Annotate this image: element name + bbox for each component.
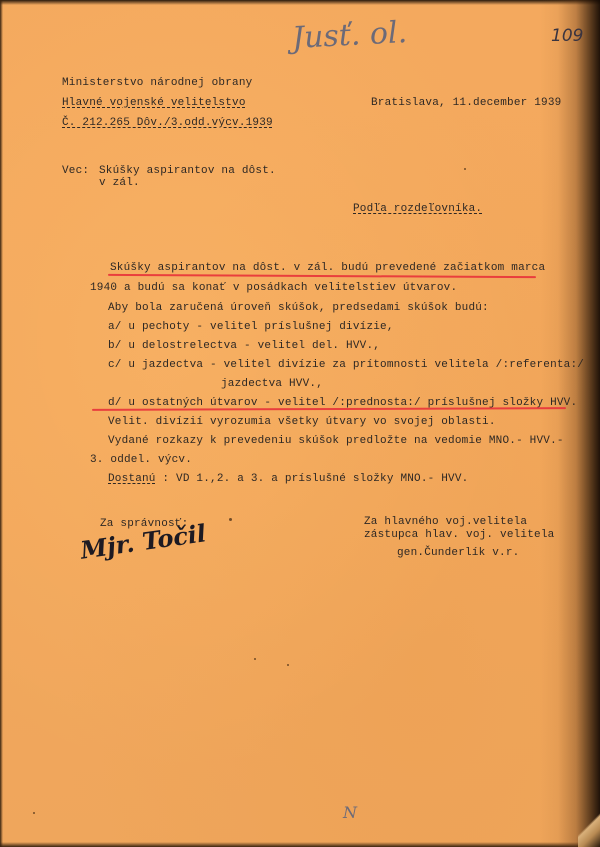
- red-underline-2: [92, 407, 566, 411]
- body-line-6: c/ u jazdectva - velitel divízie za prít…: [108, 359, 584, 372]
- reference-number: Č. 212.265 Dôv./3.odd.výcv.1939: [62, 117, 273, 130]
- paper-speck: [229, 518, 232, 521]
- body-line-7: jazdectva HVV.,: [221, 378, 323, 391]
- binding-shadow: [540, 0, 600, 847]
- distribution-note: Podľa rozdeľovníka.: [353, 203, 482, 216]
- paper-speck: [254, 658, 256, 660]
- subject-label: Vec:: [62, 165, 89, 178]
- page-number: 109: [551, 26, 583, 46]
- body-line-1: Skúšky aspirantov na dôst. v zál. budú p…: [110, 262, 545, 275]
- signature-right-line-3: gen.Čunderlík v.r.: [397, 547, 519, 560]
- paper-speck: [287, 664, 289, 666]
- handwritten-top-note: Jusť. ol.: [291, 15, 408, 56]
- body-line-10: Vydané rozkazy k prevedeniu skúšok predl…: [108, 435, 564, 448]
- handwritten-bottom-mark: N: [343, 803, 357, 822]
- body-line-2: 1940 a budú sa konať v posádkach velitel…: [90, 282, 457, 295]
- ministry-name: Ministerstvo národnej obrany: [62, 77, 252, 90]
- body-line-5: b/ u delostrelectva - velitel del. HVV.,: [108, 340, 380, 353]
- recipients-text: : VD 1.,2. a 3. a príslušné složky MNO.-…: [156, 473, 469, 485]
- scan-edge-bottom: [0, 842, 600, 847]
- body-line-11: 3. oddel. výcv.: [90, 454, 192, 467]
- paper-speck: [464, 168, 466, 170]
- scanned-document-page: Jusť. ol. 109 Ministerstvo národnej obra…: [0, 0, 600, 847]
- subject-line-2: v zál.: [99, 177, 140, 190]
- command-name: Hlavné vojenské velitelstvo: [62, 97, 246, 110]
- signature-right-line-1: Za hlavného voj.velitela: [364, 516, 527, 529]
- body-line-9: Velit. divízií vyrozumia všetky útvary v…: [108, 416, 496, 429]
- recipients-label: Dostanú: [108, 473, 156, 485]
- signature-right-line-2: zástupca hlav. voj. velitela: [364, 529, 554, 542]
- paper-speck: [33, 812, 35, 814]
- body-line-4: a/ u pechoty - velitel príslušnej divízi…: [108, 321, 394, 334]
- body-line-3: Aby bola zaručená úroveň skúšok, predsed…: [108, 302, 489, 315]
- folded-corner: [578, 807, 600, 847]
- scan-edge-top: [0, 0, 600, 5]
- scan-edge-left: [0, 0, 3, 847]
- recipients: Dostanú : VD 1.,2. a 3. a príslušné slož…: [108, 473, 468, 486]
- place-date: Bratislava, 11.december 1939: [371, 97, 561, 110]
